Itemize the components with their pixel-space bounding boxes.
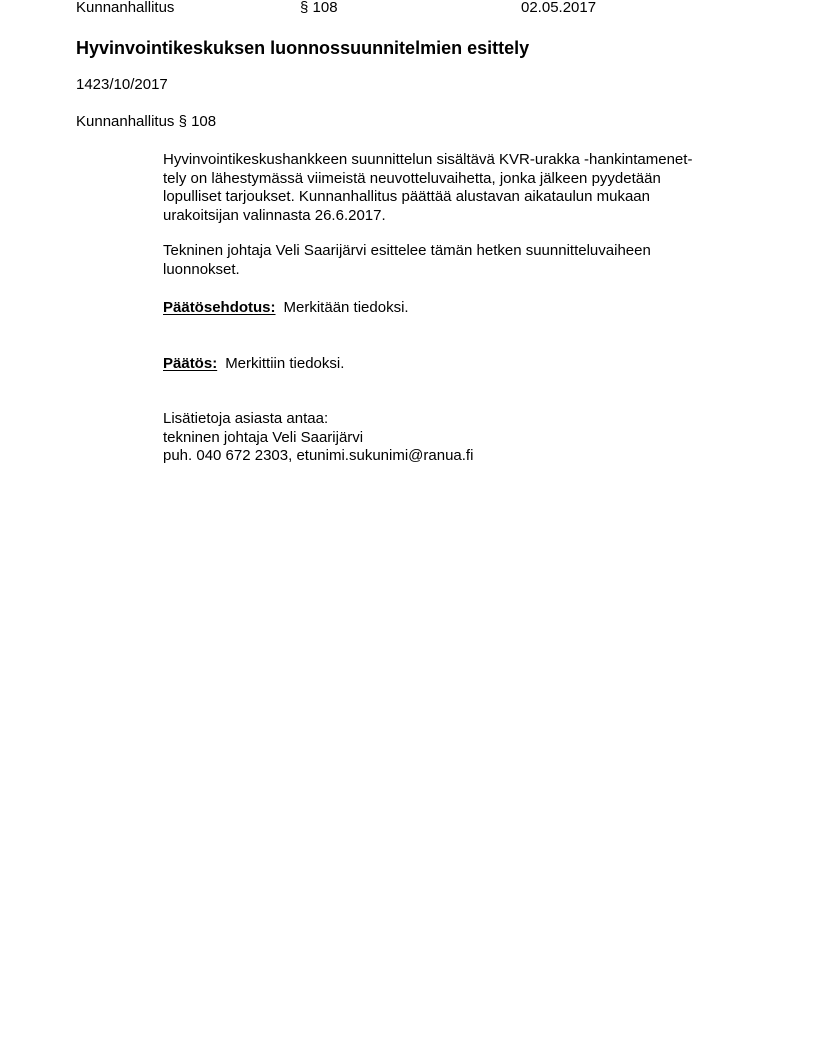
contact-line: tekninen johtaja Veli Saarijärvi [163, 429, 753, 448]
paragraph-line: Tekninen johtaja Veli Saarijärvi esittel… [163, 242, 753, 261]
document-title: Hyvinvointikeskuksen luonnossuunnitelmie… [76, 37, 529, 59]
paragraph-line: Hyvinvointikeskushankkeen suunnittelun s… [163, 151, 753, 170]
decision: Päätös:Merkittiin tiedoksi. [163, 355, 753, 374]
decision-label: Päätös: [163, 355, 217, 372]
decision-text: Merkittiin tiedoksi. [225, 355, 344, 372]
contact-info: Lisätietoja asiasta antaa: tekninen joht… [163, 410, 753, 466]
header-section-number: § 108 [300, 0, 338, 17]
paragraph-line: lopulliset tarjoukset. Kunnanhallitus pä… [163, 188, 753, 207]
paragraph-background: Hyvinvointikeskushankkeen suunnittelun s… [163, 151, 753, 225]
decision-proposal: Päätösehdotus:Merkitään tiedoksi. [163, 299, 753, 318]
header-body-name: Kunnanhallitus [76, 0, 174, 17]
case-number: 1423/10/2017 [76, 76, 168, 94]
section-reference: Kunnanhallitus § 108 [76, 113, 216, 131]
paragraph-line: urakoitsijan valinnasta 26.6.2017. [163, 207, 753, 226]
paragraph-line: tely on lähestymässä viimeistä neuvottel… [163, 170, 753, 189]
decision-proposal-label: Päätösehdotus: [163, 299, 276, 316]
contact-line: puh. 040 672 2303, etunimi.sukunimi@ranu… [163, 447, 753, 466]
header-date: 02.05.2017 [521, 0, 596, 17]
paragraph-presentation: Tekninen johtaja Veli Saarijärvi esittel… [163, 242, 753, 279]
contact-line: Lisätietoja asiasta antaa: [163, 410, 753, 429]
paragraph-line: luonnokset. [163, 261, 753, 280]
decision-proposal-text: Merkitään tiedoksi. [284, 299, 409, 316]
